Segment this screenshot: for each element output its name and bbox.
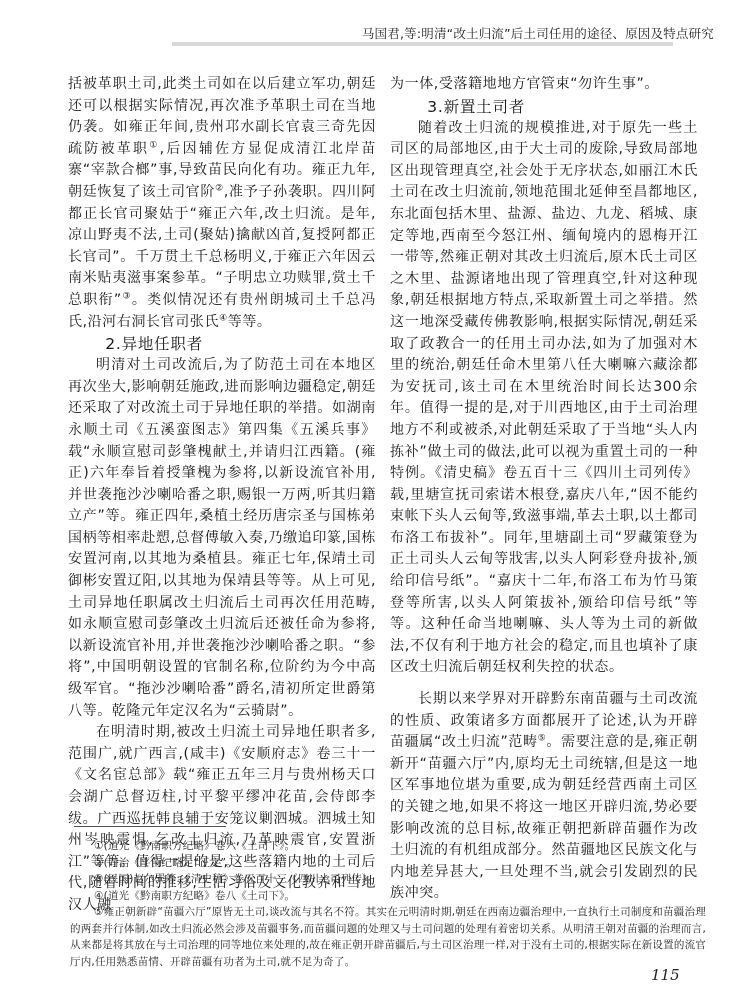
page-number: 115 [651, 966, 680, 984]
section-heading-3: 3.新置土司者 [390, 96, 698, 118]
paragraph: 括被革职土司,此类土司如在以后建立军功,朝廷还可以根据实际情况,再次准予革职土司… [68, 74, 376, 333]
footnotes: ①(道光《黔南职方纪略》卷六《土司下》。 ②(同治《平苗纪略》“正文”。 ③(民… [70, 838, 706, 970]
footnote-3: ③(民国)赵尔巽等:《清史稿》卷五百十三《四川土司列传》。 [70, 871, 706, 888]
paragraph: 为一体,受落籍地地方官管束“勿许生事”。 [390, 74, 698, 96]
paragraph: 随着改土归流的规模推进,对于原先一些土司区的局部地区,由于大土司的废除,导致局部… [390, 118, 698, 679]
footnote-2: ②(同治《平苗纪略》“正文”。 [70, 855, 706, 872]
footnote-rule [74, 826, 226, 827]
text: 等等。 [228, 314, 272, 330]
footnote-ref-4[interactable]: ④ [219, 313, 228, 323]
footnote-5: ⑤雍正朝新辟“苗疆六厅”原皆无土司,谈改流与其名不符。其实在元明清时期,朝廷在西… [70, 904, 706, 970]
running-head: 马国君,等:明清“改土归流”后土司任用的途径、原因及特点研究 [0, 24, 714, 42]
section-heading-2: 2.异地任职者 [68, 333, 376, 355]
footnote-ref-3[interactable]: ③ [122, 291, 132, 301]
left-column: 括被革职土司,此类土司如在以后建立军功,朝廷还可以根据实际情况,再次准予革职土司… [68, 74, 376, 917]
footnote-ref-1[interactable]: ① [149, 140, 159, 150]
right-column: 为一体,受落籍地地方官管束“勿许生事”。 3.新置土司者 随着改土归流的规模推进… [390, 74, 698, 905]
text: ,准予子孙袭职。四川阿都正长官司聚姑于“雍正六年,改土归流。是年,凉山野夷不法,… [68, 184, 376, 308]
footnote-4: ④(道光《黔南职方纪略》卷八《土司下》。 [70, 888, 706, 905]
footnote-1: ①(道光《黔南职方纪略》卷六《土司下》。 [70, 838, 706, 855]
footnote-ref-2[interactable]: ② [215, 183, 224, 193]
header-rule [172, 42, 673, 46]
paragraph: 明清对土司改流后,为了防范土司在本地区再次坐大,影响朝廷施政,进而影响边疆稳定,… [68, 355, 376, 722]
